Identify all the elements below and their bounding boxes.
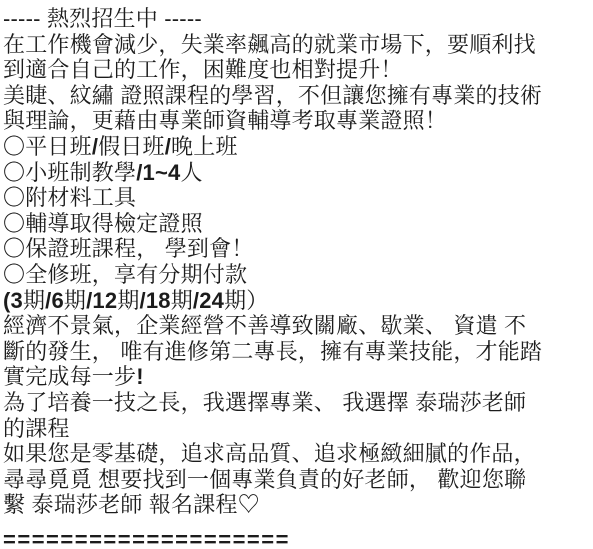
text-segment: 期: [64, 288, 86, 313]
bullet-line: 〇輔導取得檢定證照: [3, 211, 591, 237]
text-segment: 尋尋覓覓 想要找到一個專業負責的好老師， 歡迎您聯: [3, 467, 526, 492]
body-line: 為了培養一技之長，我選擇專業、 我選擇 泰瑞莎老師: [3, 390, 591, 416]
text-segment: /24: [193, 288, 224, 313]
text-segment: ----- 熱烈招生中 -----: [3, 6, 202, 31]
contact-line: 繫 泰瑞莎老師 報名課程♡: [3, 492, 591, 518]
body-line: 的課程: [3, 416, 591, 442]
bullet-line: 〇全修班，享有分期付款: [3, 262, 591, 288]
text-segment: 的課程: [3, 416, 70, 441]
body-line: 實完成每一步!: [3, 364, 591, 390]
text-segment: 〇附材料工具: [3, 185, 136, 210]
text-segment: 到適合自己的工作，困難度也相對提升！: [3, 57, 403, 82]
text-segment: 〇保證班課程， 學到會！: [3, 236, 254, 261]
text-segment: 期: [23, 288, 45, 313]
body-line: 如果您是零基礎，追求高品質、追求極緻細膩的作品，: [3, 441, 591, 467]
text-segment: 〇全修班，享有分期付款: [3, 262, 247, 287]
text-segment: 繫 泰瑞莎老師 報名課程♡: [3, 492, 260, 517]
text-segment: 實完成每一步: [3, 364, 136, 389]
body-line: 與理論，更藉由專業師資輔導考取專業證照！: [3, 108, 591, 134]
text-segment: 晚上班: [171, 134, 238, 159]
installments-line: (3期/6期/12期/18期/24期）: [3, 288, 591, 314]
bullet-line: 〇保證班課程， 學到會！: [3, 236, 591, 262]
body-line: 經濟不景氣，企業經營不善導致關廠、歇業、 資遣 不: [3, 313, 591, 339]
text-segment: 期: [171, 288, 193, 313]
ad-text-document: ----- 熱烈招生中 -----在工作機會減少，失業率飆高的就業市場下，要順利…: [0, 0, 593, 549]
text-segment: 在工作機會減少，失業率飆高的就業市場下，要順利找: [3, 32, 536, 57]
text-segment: (3: [3, 288, 23, 313]
text-segment: 經濟不景氣，企業經營不善導致關廠、歇業、 資遣 不: [3, 313, 526, 338]
text-segment: 為了培養一技之長，我選擇專業、 我選擇 泰瑞莎老師: [3, 390, 526, 415]
bullet-line: 〇附材料工具: [3, 185, 591, 211]
divider-line: ====================: [3, 527, 591, 549]
text-segment: 斷的發生， 唯有進修第二專長，擁有專業技能，才能踏: [3, 339, 542, 364]
text-segment: /6: [45, 288, 64, 313]
text-segment: /1~4: [136, 160, 180, 185]
text-segment: !: [136, 364, 144, 389]
text-segment: 假日班: [98, 134, 165, 159]
body-line: 斷的發生， 唯有進修第二專長，擁有專業技能，才能踏: [3, 339, 591, 365]
bullet-line: 〇平日班/假日班/晚上班: [3, 134, 591, 160]
text-segment: 與理論，更藉由專業師資輔導考取專業證照！: [3, 108, 447, 133]
text-segment: 〇平日班: [3, 134, 92, 159]
body-line: 尋尋覓覓 想要找到一個專業負責的好老師， 歡迎您聯: [3, 467, 591, 493]
body-line: 到適合自己的工作，困難度也相對提升！: [3, 57, 591, 83]
text-body: ----- 熱烈招生中 -----在工作機會減少，失業率飆高的就業市場下，要順利…: [0, 0, 593, 549]
header-line: ----- 熱烈招生中 -----: [3, 6, 591, 32]
text-segment: /18: [140, 288, 171, 313]
text-segment: 如果您是零基礎，追求高品質、追求極緻細膩的作品，: [3, 441, 536, 466]
text-segment: 〇輔導取得檢定證照: [3, 211, 203, 236]
body-line: 美睫、紋繡 證照課程的學習，不但讓您擁有專業的技術: [3, 83, 591, 109]
text-segment: 期: [117, 288, 139, 313]
text-segment: 期）: [224, 288, 268, 313]
body-line: 在工作機會減少，失業率飆高的就業市場下，要順利找: [3, 32, 591, 58]
text-segment: 美睫、紋繡 證照課程的學習，不但讓您擁有專業的技術: [3, 83, 542, 108]
text-segment: 〇小班制教學: [3, 160, 136, 185]
bullet-line: 〇小班制教學/1~4人: [3, 160, 591, 186]
text-segment: /12: [86, 288, 117, 313]
text-segment: ====================: [3, 527, 290, 549]
text-segment: 人: [180, 160, 202, 185]
